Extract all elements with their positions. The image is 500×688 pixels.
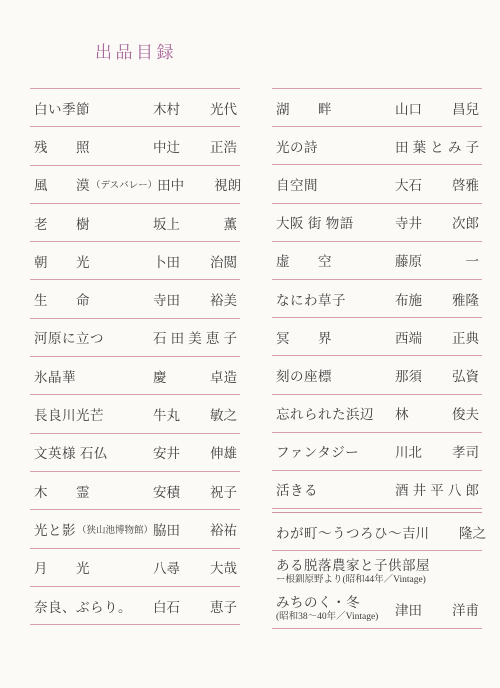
artist-family-name: 安井 [153, 442, 180, 462]
artist-given-name: 洋甫 [452, 599, 479, 619]
work-cell: 木 霊 [34, 481, 90, 501]
works-table-right: 湖 畔山口昌兒光の詩田葉とみ子自空間大石啓雅大阪 街 物語寺井次郎虚 空藤原一な… [272, 88, 482, 629]
table-row: 文英様 石仏安井伸雄 [30, 434, 240, 472]
work-title: 冥 界 [276, 327, 332, 347]
artist-family-name: 藤原 [395, 250, 422, 270]
table-row: 忘れられた浜辺林俊夫 [272, 395, 482, 433]
artist-name: 脇田裕祐 [153, 519, 237, 539]
artist-name: 西端正典 [395, 327, 479, 347]
artist-name: 酒井平八郎 [395, 479, 479, 499]
table-row: 冥 界西端正典 [272, 318, 482, 356]
work-cell: 虚 空 [276, 250, 332, 270]
table-row: 刻の座標那須弘資 [272, 356, 482, 394]
work-cell: 活きる [276, 479, 318, 499]
artist-given-name: 治閲 [210, 251, 237, 271]
artist-name: 木村光代 [153, 98, 237, 118]
artist-given-name: 裕美 [210, 289, 237, 309]
table-row: 自空間大石啓雅 [272, 165, 482, 203]
work-title: 光の詩 [276, 136, 318, 156]
work-cell: 朝 光 [34, 251, 90, 271]
work-detail: ー根釧原野より(昭和44年／Vintage) [276, 574, 430, 586]
artist-family-name: 卜田 [153, 251, 180, 271]
artist-family-name: 大石 [395, 174, 422, 194]
artist-given-name: 次郎 [452, 212, 479, 232]
artist-name: 田中視朗 [157, 174, 241, 194]
vintage-works-section: ある脱落農家と子供部屋ー根釧原野より(昭和44年／Vintage)みちのく・冬(… [272, 551, 482, 629]
artist-given-name: 一 [466, 250, 480, 270]
work-title: 文英様 石仏 [34, 442, 108, 462]
work-title: 風 漠 [34, 174, 90, 194]
work-note: （デスバレー） [91, 177, 157, 191]
table-row: 残 照中辻正浩 [30, 127, 240, 165]
artist-given-name: 昌兒 [452, 98, 479, 118]
work-title: 刻の座標 [276, 365, 332, 385]
work-cell: 氷晶華 [34, 366, 76, 386]
work-title: 河原に立つ [34, 327, 104, 347]
work-title: 月 光 [34, 557, 90, 577]
artist-given-name: 雅隆 [452, 289, 479, 309]
work-title: 光と影 [34, 519, 76, 539]
artist-given-name: 弘資 [452, 365, 479, 385]
artist-family-name: 牛丸 [153, 404, 180, 424]
work-cell: 奈良、ぶらり。 [34, 596, 132, 616]
artist-family-name: 那須 [395, 365, 422, 385]
work-title: 大阪 街 物語 [276, 212, 354, 232]
artist-family-name: 川北 [395, 441, 422, 461]
artist-name: 坂上薫 [153, 213, 237, 233]
work-cell: なにわ草子 [276, 289, 346, 309]
artist-name: 川北孝司 [395, 441, 479, 461]
work-title: 忘れられた浜辺 [276, 403, 374, 423]
work-cell: 冥 界 [276, 327, 332, 347]
work-title: ある脱落農家と子供部屋 [276, 558, 430, 574]
exhibition-catalog-page: 出品目録 白い季節木村光代残 照中辻正浩風 漠（デスバレー）田中視朗老 樹坂上薫… [0, 0, 500, 688]
artist-name: 山口昌兒 [395, 98, 479, 118]
vintage-work-row: みちのく・冬(昭和38～40年／Vintage)津田洋甫 [276, 595, 479, 623]
table-row: なにわ草子布施雅隆 [272, 280, 482, 318]
table-row: 木 霊安積祝子 [30, 472, 240, 510]
artist-name: 寺井次郎 [395, 212, 479, 232]
works-table-right-rows: 湖 畔山口昌兒光の詩田葉とみ子自空間大石啓雅大阪 街 物語寺井次郎虚 空藤原一な… [272, 89, 482, 509]
artist-name: 吉川隆之 [402, 522, 486, 542]
table-row: 老 樹坂上薫 [30, 204, 240, 242]
table-row: わが町～うつろひ～吉川隆之 [272, 513, 482, 551]
work-cell: 文英様 石仏 [34, 442, 108, 462]
table-row: ファンタジー川北孝司 [272, 433, 482, 471]
work-title: 自空間 [276, 174, 318, 194]
table-row: 生 命寺田裕美 [30, 280, 240, 318]
work-detail: (昭和38～40年／Vintage) [276, 611, 378, 623]
work-cell: 残 照 [34, 136, 90, 156]
artist-family-name: 白石 [153, 596, 180, 616]
artist-given-name: 卓造 [210, 366, 237, 386]
table-row: 活きる酒井平八郎 [272, 471, 482, 509]
work-cell: 光の詩 [276, 136, 318, 156]
artist-family-name: 林 [395, 403, 409, 423]
table-row: 長良川光芒牛丸敏之 [30, 395, 240, 433]
artist-name: 白石恵子 [153, 596, 237, 616]
artist-family-name: 津田 [395, 599, 422, 619]
artist-name: 牛丸敏之 [153, 404, 237, 424]
artist-family-name: 八尋 [153, 557, 180, 577]
work-cell: 刻の座標 [276, 365, 332, 385]
table-row: 湖 畔山口昌兒 [272, 89, 482, 127]
table-row: 光と影（狭山池博物館）脇田裕祐 [30, 510, 240, 548]
work-title: 老 樹 [34, 213, 90, 233]
artist-name: 中辻正浩 [153, 136, 237, 156]
artist-name: 津田洋甫 [395, 599, 479, 619]
artist-name: 八尋大哉 [153, 557, 237, 577]
work-cell: ファンタジー [276, 441, 359, 461]
artist-given-name: 伸雄 [210, 442, 237, 462]
work-title: みちのく・冬 [276, 595, 378, 611]
work-title: 残 照 [34, 136, 90, 156]
work-title: 白い季節 [34, 98, 90, 118]
work-note: （狭山池博物館） [77, 522, 153, 536]
artist-family-name: 田中 [157, 174, 184, 194]
work-cell: みちのく・冬(昭和38～40年／Vintage) [276, 595, 378, 623]
artist-given-name: 啓雅 [452, 174, 479, 194]
artist-family-name: 寺田 [153, 289, 180, 309]
artist-family-name: 山口 [395, 98, 422, 118]
artist-given-name: 祝子 [210, 481, 237, 501]
work-cell: 河原に立つ [34, 327, 104, 347]
artist-family-name: 布施 [395, 289, 422, 309]
artist-family-name: 木村 [153, 98, 180, 118]
vintage-work-row: ある脱落農家と子供部屋ー根釧原野より(昭和44年／Vintage) [276, 558, 479, 586]
table-row: 朝 光卜田治閲 [30, 242, 240, 280]
artist-name: 安積祝子 [153, 481, 237, 501]
work-title: 長良川光芒 [34, 404, 104, 424]
work-cell: 光と影（狭山池博物館） [34, 519, 153, 539]
work-title: 生 命 [34, 289, 90, 309]
artist-name: 慶卓造 [153, 366, 237, 386]
work-cell: 生 命 [34, 289, 90, 309]
artist-name: 大石啓雅 [395, 174, 479, 194]
artist-name: 藤原一 [395, 250, 479, 270]
work-cell: 風 漠（デスバレー） [34, 174, 157, 194]
work-cell: 湖 畔 [276, 98, 332, 118]
artist-family-name: 慶 [153, 366, 167, 386]
table-row: 奈良、ぶらり。白石恵子 [30, 587, 240, 625]
artist-name: 石田美恵子 [153, 327, 237, 347]
artist-name: 安井伸雄 [153, 442, 237, 462]
artist-given-name: 薫 [224, 213, 238, 233]
work-title: 朝 光 [34, 251, 90, 271]
works-table-right-mid: わが町～うつろひ～吉川隆之 [272, 513, 482, 551]
artist-name: 寺田裕美 [153, 289, 237, 309]
artist-name: 卜田治閲 [153, 251, 237, 271]
work-title: 活きる [276, 479, 318, 499]
work-cell: ある脱落農家と子供部屋ー根釧原野より(昭和44年／Vintage) [276, 558, 430, 586]
artist-name: 田葉とみ子 [395, 136, 479, 156]
artist-given-name: 光代 [210, 98, 237, 118]
artist-given-name: 孝司 [452, 441, 479, 461]
artist-given-name: 正浩 [210, 136, 237, 156]
work-title: なにわ草子 [276, 289, 346, 309]
artist-family-name: 中辻 [153, 136, 180, 156]
artist-given-name: 視朗 [214, 174, 241, 194]
works-table-left: 白い季節木村光代残 照中辻正浩風 漠（デスバレー）田中視朗老 樹坂上薫朝 光卜田… [30, 88, 240, 625]
artist-given-name: 恵子 [210, 596, 237, 616]
table-row: 風 漠（デスバレー）田中視朗 [30, 166, 240, 204]
work-cell: 月 光 [34, 557, 90, 577]
work-title: ファンタジー [276, 441, 359, 461]
work-cell: 長良川光芒 [34, 404, 104, 424]
work-title: 奈良、ぶらり。 [34, 596, 132, 616]
work-title: わが町～うつろひ～ [276, 522, 402, 542]
artist-given-name: 正典 [452, 327, 479, 347]
artist-family-name: 寺井 [395, 212, 422, 232]
artist-given-name: 裕祐 [210, 519, 237, 539]
table-row: 白い季節木村光代 [30, 89, 240, 127]
artist-given-name: 敏之 [210, 404, 237, 424]
table-row: 氷晶華慶卓造 [30, 357, 240, 395]
work-cell: 白い季節 [34, 98, 90, 118]
artist-given-name: 俊夫 [452, 403, 479, 423]
work-title: 氷晶華 [34, 366, 76, 386]
table-row: 虚 空藤原一 [272, 242, 482, 280]
table-row: 大阪 街 物語寺井次郎 [272, 204, 482, 242]
work-cell: 大阪 街 物語 [276, 212, 354, 232]
work-cell: 老 樹 [34, 213, 90, 233]
artist-family-name: 脇田 [153, 519, 180, 539]
work-title: 湖 畔 [276, 98, 332, 118]
work-cell: 自空間 [276, 174, 318, 194]
artist-family-name: 坂上 [153, 213, 180, 233]
artist-family-name: 西端 [395, 327, 422, 347]
artist-name: 林俊夫 [395, 403, 479, 423]
artist-given-name: 隆之 [459, 522, 486, 542]
work-cell: わが町～うつろひ～ [276, 522, 402, 542]
table-row: 月 光八尋大哉 [30, 549, 240, 587]
artist-name: 布施雅隆 [395, 289, 479, 309]
table-row: 河原に立つ石田美恵子 [30, 319, 240, 357]
artist-family-name: 吉川 [402, 522, 429, 542]
artist-family-name: 安積 [153, 481, 180, 501]
page-title: 出品目録 [95, 38, 177, 63]
work-cell: 忘れられた浜辺 [276, 403, 374, 423]
work-title: 木 霊 [34, 481, 90, 501]
work-title: 虚 空 [276, 250, 332, 270]
table-row: 光の詩田葉とみ子 [272, 127, 482, 165]
artist-given-name: 大哉 [210, 557, 237, 577]
artist-name: 那須弘資 [395, 365, 479, 385]
